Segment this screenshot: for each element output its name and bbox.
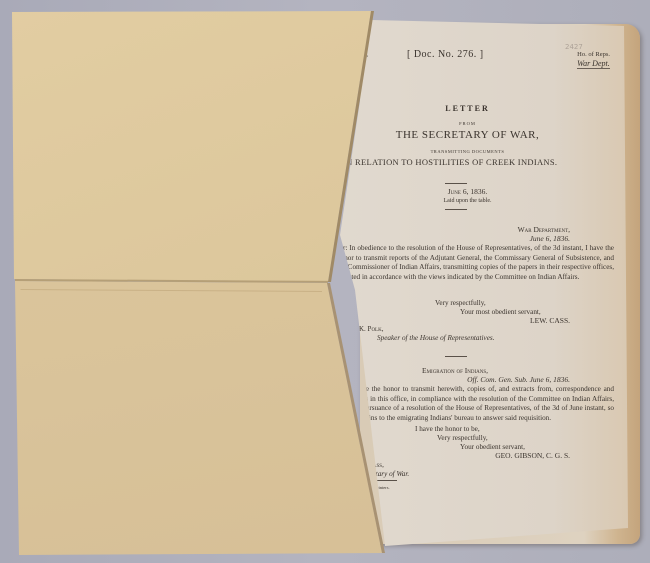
divider — [445, 356, 467, 357]
letter1-signature: LEW. CASS. — [530, 316, 570, 326]
letter2-office-date: Off. Com. Gen. Sub. June 6, 1836. — [467, 375, 570, 385]
divider — [445, 209, 467, 210]
letter1-closing2: Your most obedient servant, — [460, 307, 541, 317]
title-from: FROM — [325, 119, 610, 129]
page-header: …ngress, …ssion. [ Doc. No. 276. ] Ho. o… — [325, 50, 620, 74]
letter1-date: June 6, 1836. — [530, 234, 570, 244]
letter2-body: Sir: I have the honor to transmit herewi… — [337, 385, 614, 423]
divider — [445, 183, 467, 184]
letter1-addressee-title: Speaker of the House of Representatives. — [377, 333, 495, 343]
title-letter: LETTER — [325, 104, 610, 114]
title-transmitting: TRANSMITTING DOCUMENTS — [325, 147, 610, 157]
doc-number: [ Doc. No. 276. ] — [407, 50, 484, 60]
title-secretary: THE SECRETARY OF WAR, — [325, 130, 610, 140]
letter1-body: Sir: In obedience to the resolution of t… — [337, 244, 614, 282]
header-right: Ho. of Reps. War Dept. — [577, 50, 610, 69]
letter2-signature: GEO. GIBSON, C. G. S. — [495, 451, 570, 461]
laid-on-table: Laid upon the table. — [325, 196, 610, 206]
title-relation: IN RELATION TO HOSTILITIES OF CREEK INDI… — [343, 157, 628, 167]
